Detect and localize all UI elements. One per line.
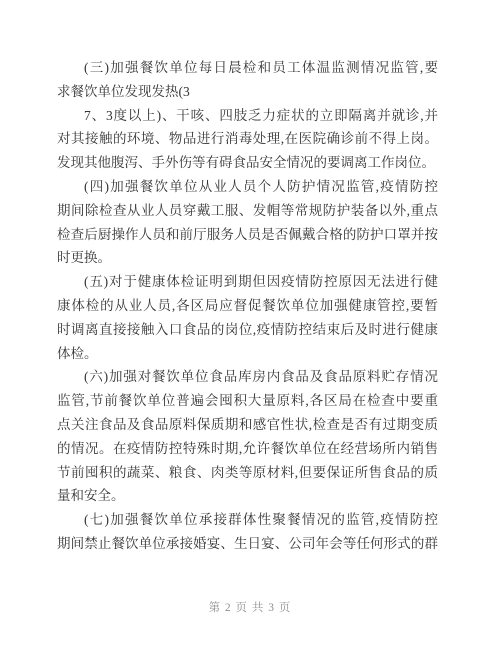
text-line: 的情况。在疫情防控特殊时期,允许餐饮单位在经营场所内销售 bbox=[57, 437, 438, 461]
text-line: (三)加强餐饮单位每日晨检和员工体温监测情况监管,要 bbox=[57, 56, 438, 80]
text-line: 点关注食品及食品原料保质期和感官性状,检查是否有过期变质 bbox=[57, 413, 438, 437]
text-line: 时调离直接接触入口食品的岗位,疫情防控结束后及时进行健康 bbox=[57, 318, 438, 342]
page-number-label: 第 2 页 共 3 页 bbox=[209, 602, 292, 614]
text-line: (七)加强餐饮单位承接群体性聚餐情况的监管,疫情防控 bbox=[57, 508, 438, 532]
text-line: 体检。 bbox=[57, 342, 438, 366]
text-line: 节前囤积的蔬菜、粮食、肉类等原材料,但要保证所售食品的质 bbox=[57, 461, 438, 485]
text-line: 监管,节前餐饮单位普遍会囤积大量原料,各区局在检查中要重 bbox=[57, 389, 438, 413]
text-line: 康体检的从业人员,各区局应督促餐饮单位加强健康管控,要暂 bbox=[57, 294, 438, 318]
document-page: (三)加强餐饮单位每日晨检和员工体温监测情况监管,要求餐饮单位发现发热(37、3… bbox=[0, 0, 500, 647]
text-line: 求餐饮单位发现发热(3 bbox=[57, 80, 438, 104]
page-footer: 第 2 页 共 3 页 bbox=[0, 600, 500, 616]
text-line: 期间除检查从业人员穿戴工服、发帽等常规防护装备以外,重点 bbox=[57, 199, 438, 223]
text-line: 7、3度以上)、干咳、四肢乏力症状的立即隔离并就诊,并 bbox=[57, 104, 438, 128]
text-line: 发现其他腹泻、手外伤等有碍食品安全情况的要调离工作岗位。 bbox=[57, 151, 438, 175]
text-line: 时更换。 bbox=[57, 246, 438, 270]
text-line: 对其接触的环境、物品进行消毒处理,在医院确诊前不得上岗。 bbox=[57, 127, 438, 151]
document-body: (三)加强餐饮单位每日晨检和员工体温监测情况监管,要求餐饮单位发现发热(37、3… bbox=[57, 56, 438, 556]
text-line: 检查后厨操作人员和前厅服务人员是否佩戴合格的防护口罩并按 bbox=[57, 223, 438, 247]
text-line: 期间禁止餐饮单位承接婚宴、生日宴、公司年会等任何形式的群 bbox=[57, 532, 438, 556]
text-line: (六)加强对餐饮单位食品库房内食品及食品原料贮存情况 bbox=[57, 365, 438, 389]
text-line: (五)对于健康体检证明到期但因疫情防控原因无法进行健 bbox=[57, 270, 438, 294]
text-line: (四)加强餐饮单位从业人员个人防护情况监管,疫情防控 bbox=[57, 175, 438, 199]
text-line: 量和安全。 bbox=[57, 484, 438, 508]
